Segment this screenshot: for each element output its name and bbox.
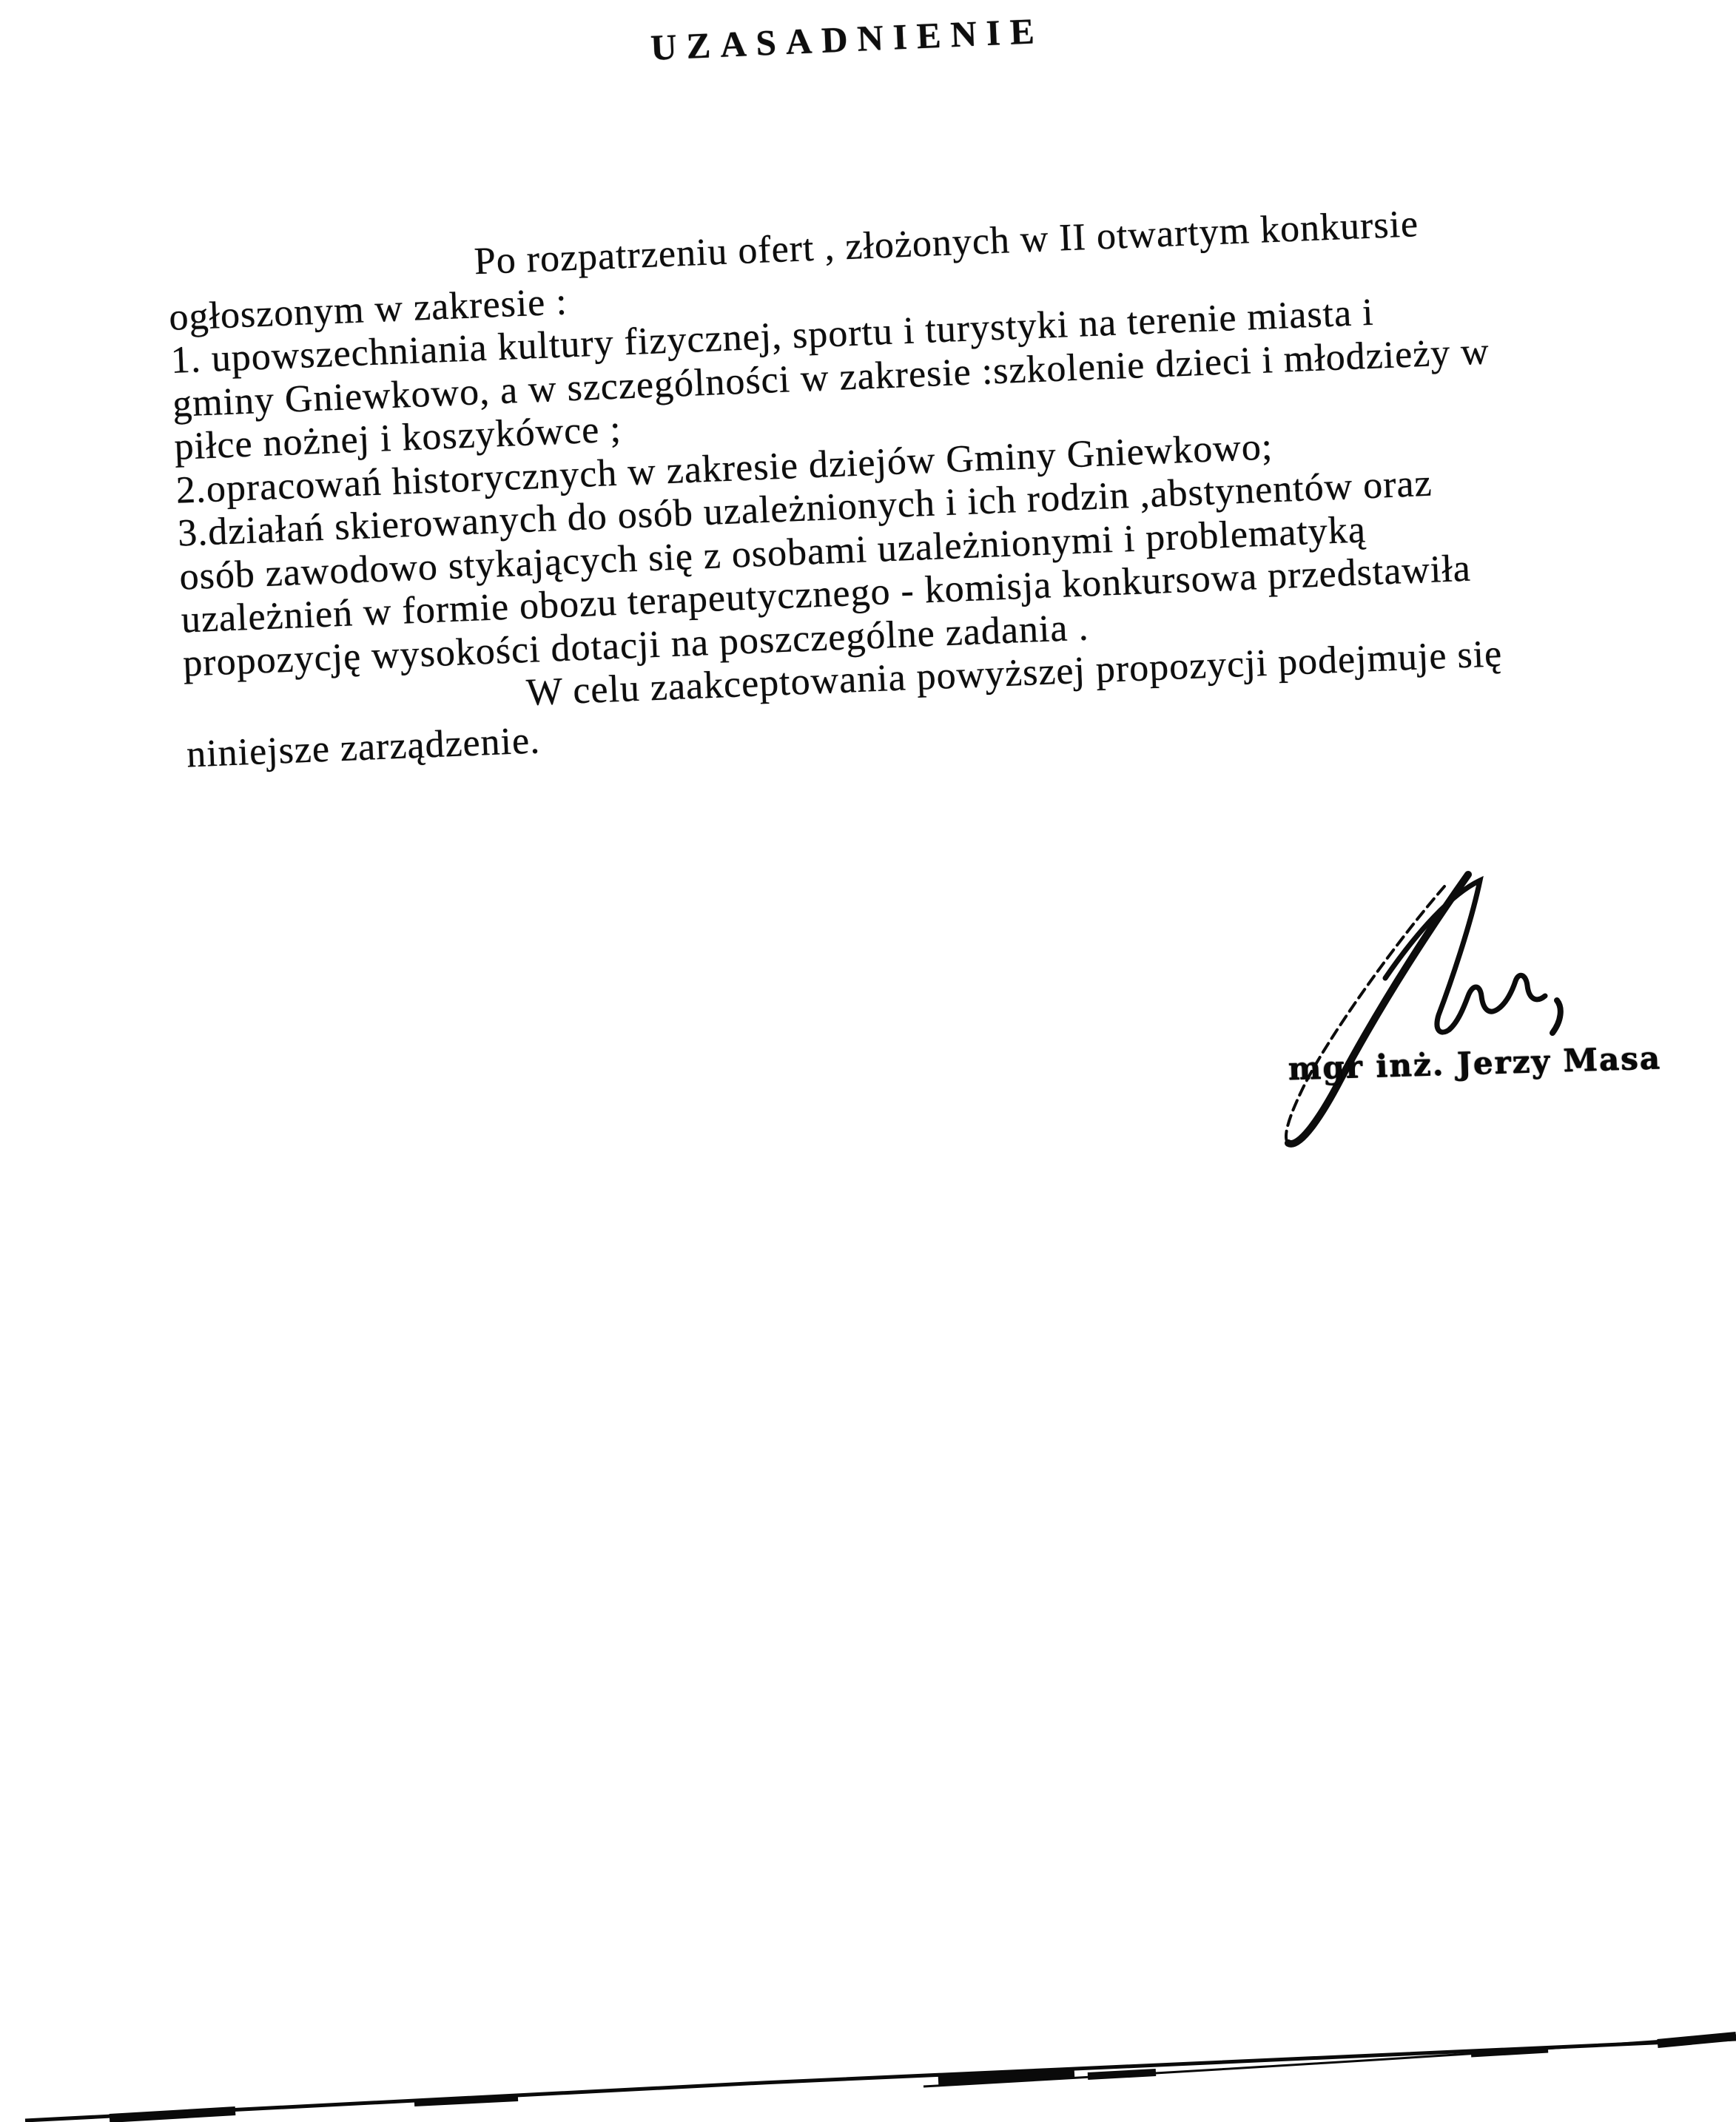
document-title: UZASADNIENIE xyxy=(650,10,1045,69)
signatory-name-stamp: mgr inż. Jerzy Masa xyxy=(1288,1040,1662,1087)
scan-artifact-line xyxy=(25,2035,1736,2121)
document-body: Po rozpatrzeniu ofert , złożonych w II o… xyxy=(166,192,1711,776)
scanned-document-page: UZASADNIENIE Po rozpatrzeniu ofert , zło… xyxy=(0,0,1736,2122)
signature-handwriting-icon xyxy=(1286,875,1561,1144)
